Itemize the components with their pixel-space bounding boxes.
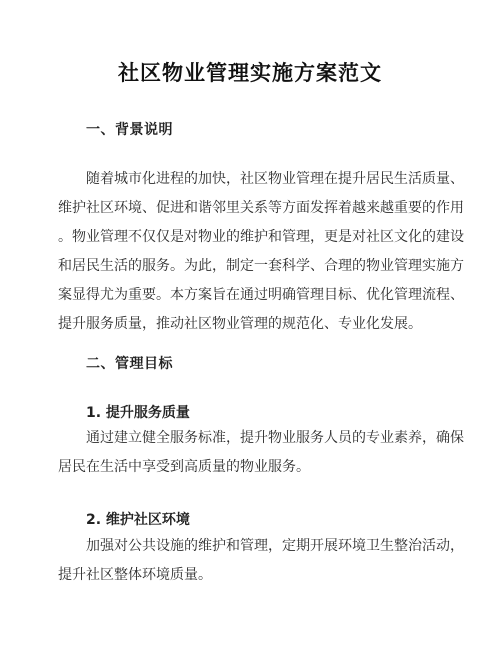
paragraph-line: 随着城市化进程的加快，社区物业管理在提升居民生活质量、	[58, 165, 442, 194]
paragraph-line: 居民在生活中享受到高质量的物业服务。	[58, 453, 442, 482]
paragraph-line: 和居民生活的服务。为此，制定一套科学、合理的物业管理实施方	[58, 252, 442, 281]
document-title: 社区物业管理实施方案范文	[0, 58, 500, 88]
paragraph-line: 提升社区整体环境质量。	[58, 561, 442, 590]
section-heading-background: 一、背景说明	[86, 120, 173, 140]
paragraph-line: 案显得尤为重要。本方案旨在通过明确管理目标、优化管理流程、	[58, 281, 442, 310]
paragraph-line: 维护社区环境、促进和谐邻里关系等方面发挥着越来越重要的作用	[58, 194, 442, 223]
paragraph-line: 。物业管理不仅仅是对物业的维护和管理，更是对社区文化的建设	[58, 223, 442, 252]
paragraph-line: 提升服务质量，推动社区物业管理的规范化、专业化发展。	[58, 310, 442, 339]
paragraph-line: 通过建立健全服务标准，提升物业服务人员的专业素养，确保	[58, 424, 442, 453]
environment-paragraph: 加强对公共设施的维护和管理，定期开展环境卫生整治活动， 提升社区整体环境质量。	[58, 532, 442, 590]
document-page: 社区物业管理实施方案范文 一、背景说明 随着城市化进程的加快，社区物业管理在提升…	[0, 0, 500, 647]
paragraph-line: 加强对公共设施的维护和管理，定期开展环境卫生整治活动，	[58, 532, 442, 561]
background-paragraph: 随着城市化进程的加快，社区物业管理在提升居民生活质量、 维护社区环境、促进和谐邻…	[58, 165, 442, 339]
subsection-heading-service-quality: 1. 提升服务质量	[86, 403, 190, 423]
section-heading-goals: 二、管理目标	[86, 354, 173, 374]
service-quality-paragraph: 通过建立健全服务标准，提升物业服务人员的专业素养，确保 居民在生活中享受到高质量…	[58, 424, 442, 482]
subsection-heading-environment: 2. 维护社区环境	[86, 510, 190, 530]
